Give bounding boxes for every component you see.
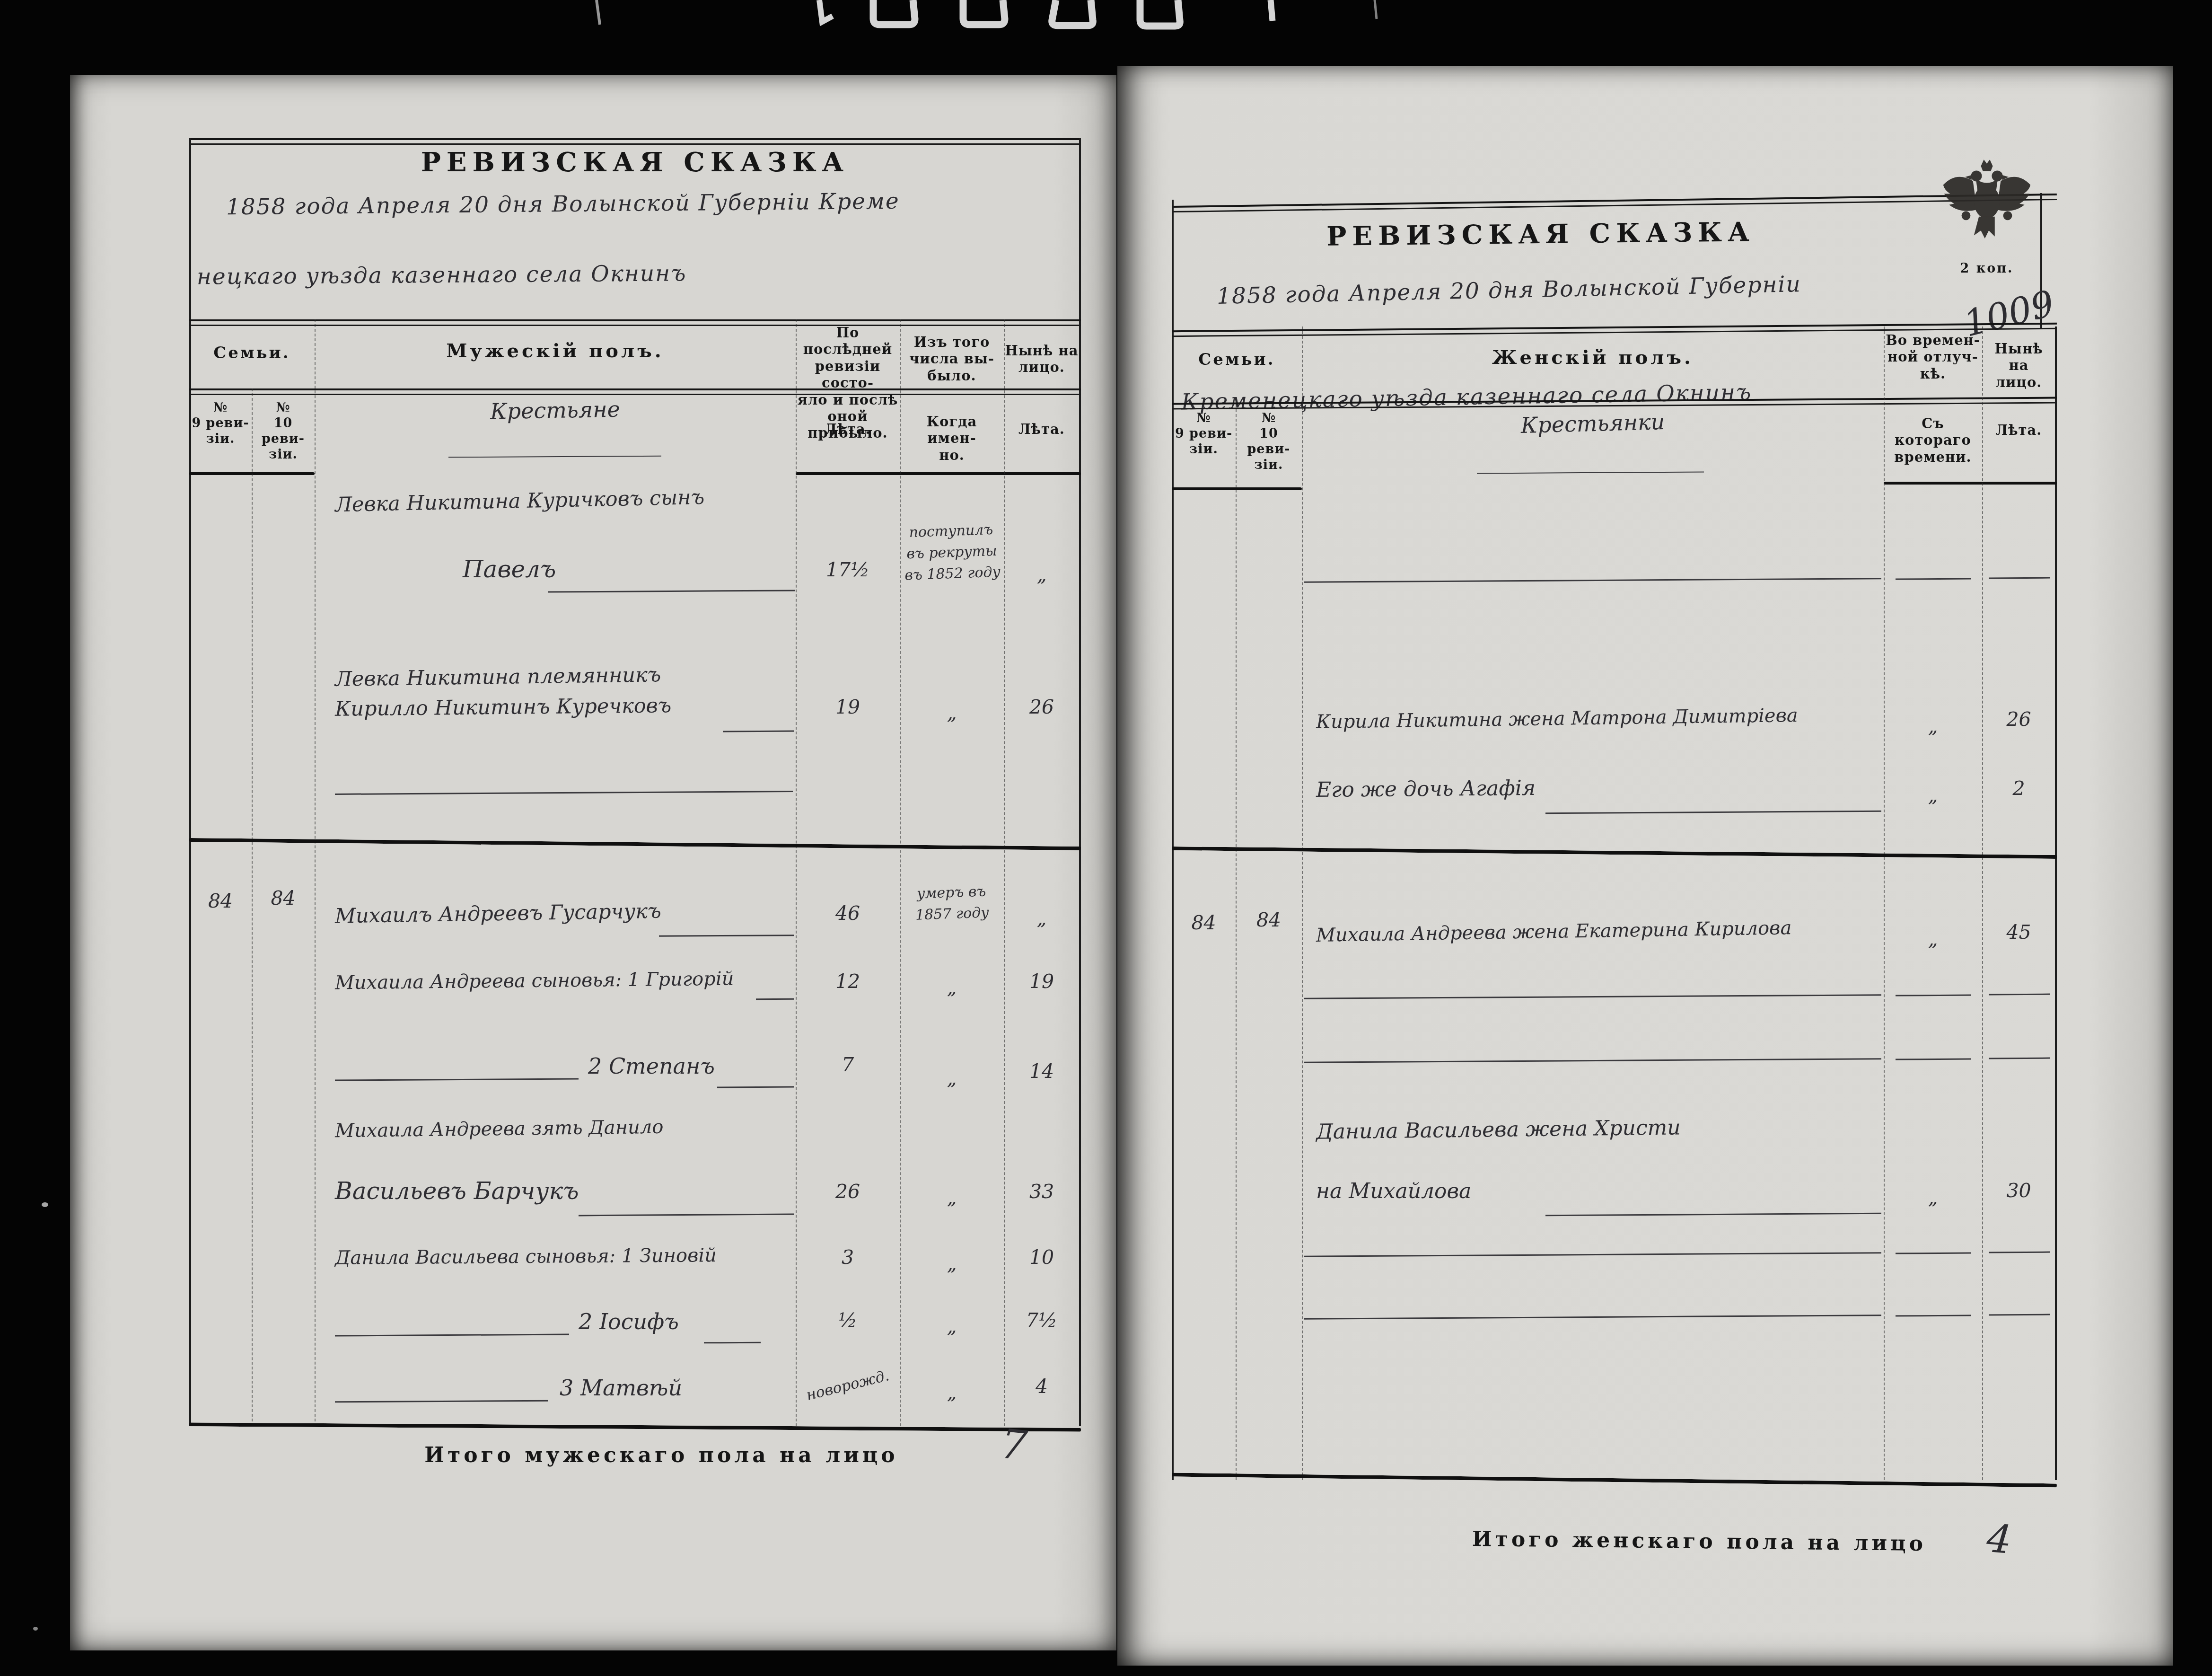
table-bottom-rule (189, 1422, 1081, 1432)
film-frame-digits-icon (0, 0, 2212, 33)
entry-age-prev: 7 (796, 1053, 900, 1076)
entry-away-note: „ (1884, 785, 1982, 806)
entry-departed-note: „ (900, 1315, 1004, 1337)
col-now-header: Нынѣ на лицо. (1982, 341, 2055, 391)
entry-age-prev: 12 (796, 970, 900, 993)
column-line (1236, 400, 1237, 1480)
entry-underline (1545, 811, 1881, 814)
entry-name: Левка Никитина Куричковъ сынъ (335, 485, 705, 517)
entry-age-prev: 19 (796, 696, 900, 718)
blank-entry-underline (1896, 995, 1971, 997)
entry-away-note: „ (1884, 928, 1982, 950)
entry-departed-note: „ (900, 1253, 1004, 1275)
entry-age-now: 4 (1004, 1375, 1080, 1398)
estate-class-flourish (448, 456, 661, 458)
household-divider (189, 838, 1081, 850)
family-number-10th: 84 (252, 887, 315, 909)
blank-entry-underline (1304, 1058, 1881, 1063)
male-total-label: Итого мужескаго пола на лицо (373, 1443, 950, 1467)
col-sex-header: Мужескій полъ. (315, 340, 796, 362)
entry-underline (579, 1214, 794, 1217)
entry-age-now: 7½ (1004, 1309, 1080, 1332)
page-title: РЕВИЗСКАЯ СКАЗКА (1172, 215, 1910, 254)
entry-age-prev: 46 (796, 902, 900, 925)
entry-name: 3 Матвѣй (560, 1375, 682, 1401)
blank-entry-underline (1989, 1314, 2050, 1316)
table-header-bottom-rule (796, 472, 1081, 475)
entry-departed-note: „ (900, 1067, 1004, 1089)
left-page: РЕВИЗСКАЯ СКАЗКА 1858 года Апреля 20 дня… (70, 75, 1116, 1650)
entry-name: Михаила Андреева жена Екатерина Кирилова (1316, 917, 1792, 946)
entry-age-now: 26 (1004, 696, 1080, 718)
entry-age-now: 45 (1982, 921, 2055, 944)
col-departed-header: Изъ того числа вы- было. (900, 334, 1004, 384)
column-line (1302, 326, 1303, 1480)
header-box-top-rule (1172, 194, 2057, 212)
entry-underline (717, 1086, 794, 1088)
entry-departed-note: поступилъ въ рекруты въ 1852 году (899, 519, 1005, 586)
form-left-border (189, 138, 191, 1426)
entry-departed-note: умеръ въ 1857 году (899, 880, 1004, 926)
entry-away-note: „ (1884, 1187, 1982, 1208)
header-place-line: нецкаго уѣзда казеннаго села Окнинъ (197, 260, 687, 290)
entry-underline (723, 731, 794, 732)
entry-name: Павелъ (463, 556, 556, 583)
blank-entry-underline (1896, 1315, 1971, 1317)
entry-age-now: 10 (1004, 1246, 1080, 1269)
entry-underline (704, 1342, 761, 1344)
page-title: РЕВИЗСКАЯ СКАЗКА (189, 147, 1081, 178)
blank-entry-underline (335, 791, 793, 795)
entry-age-now: 33 (1004, 1180, 1080, 1203)
blank-entry-underline (1896, 1059, 1971, 1060)
column-line (1982, 326, 1983, 1480)
estate-class-handwritten: Крестьяне (315, 393, 796, 427)
blank-entry-underline (1304, 994, 1881, 999)
entry-name: Михаила Андреева зять Данило (335, 1116, 664, 1142)
imperial-eagle-icon (1937, 156, 2036, 260)
col-sex-header: Женскій полъ. (1302, 346, 1884, 369)
col-departed-sub: Когда имен- но. (900, 414, 1004, 464)
entry-age-now: 26 (1982, 708, 2055, 731)
right-page: РЕВИЗСКАЯ СКАЗКА 1858 года Апреля 20 дня… (1117, 66, 2173, 1666)
microfilm-scan: РЕВИЗСКАЯ СКАЗКА 1858 года Апреля 20 дня… (0, 0, 2212, 1676)
blank-entry-underline (1989, 1058, 2050, 1059)
lead-underline (335, 1400, 548, 1403)
family-number-10th: 84 (1236, 909, 1302, 931)
entry-departed-note: „ (900, 977, 1004, 998)
entry-age-now: „ (1004, 564, 1080, 586)
entry-name: Кирилло Никитинъ Куречковъ (335, 694, 672, 721)
table-header-bottom-rule (1172, 487, 1302, 490)
entry-departed-note: „ (900, 1187, 1004, 1208)
entry-age-now: 19 (1004, 970, 1080, 993)
entry-name: 2 Іосифъ (579, 1309, 679, 1334)
col-now-header: Нынѣ на лицо. (1004, 343, 1080, 376)
col-now-sub: Лѣта. (1982, 422, 2055, 438)
entry-name: на Михайлова (1316, 1179, 1471, 1203)
entry-name: Михаилъ Андреевъ Гусарчукъ (335, 900, 661, 928)
blank-entry-underline (1896, 578, 1971, 580)
form-left-border (1172, 200, 1174, 1480)
entry-away-note: „ (1884, 715, 1982, 737)
col-rev10-subheader: № 10 реви- зіи. (252, 400, 315, 463)
entry-departed-note: „ (900, 1382, 1004, 1403)
female-total-label: Итого женскаго пола на лицо (1411, 1526, 1988, 1557)
col-rev9-subheader: № 9 реви- зіи. (189, 400, 252, 447)
film-speck (42, 1202, 48, 1207)
entry-name: 2 Степанъ (588, 1053, 715, 1079)
column-line (1884, 326, 1885, 1480)
entry-age-prev: 17½ (796, 558, 900, 581)
female-total-value: 4 (1985, 1516, 2013, 1563)
col-rev9-subheader: № 9 реви- зіи. (1172, 411, 1236, 458)
entry-age-prev: ½ (796, 1309, 900, 1332)
table-header-mid-rule (189, 388, 1081, 395)
entry-name: Данила Васильева жена Христи (1316, 1115, 1681, 1144)
header-date-line: 1858 года Апреля 20 дня Волынской Губерн… (226, 188, 900, 220)
entry-name: Левка Никитина племянникъ (335, 663, 661, 691)
blank-entry-underline (1304, 1252, 1881, 1257)
estate-class-flourish (1477, 472, 1704, 474)
lead-underline (335, 1333, 569, 1336)
col-away-sub: Съ котораго времени. (1884, 415, 1982, 466)
film-speck (33, 1627, 38, 1631)
entry-underline (659, 935, 794, 937)
entry-name: Кирила Никитина жена Матрона Димитріева (1316, 705, 1798, 733)
form-right-border (2055, 326, 2057, 1480)
entry-age-prev: 3 (796, 1246, 900, 1269)
column-line (315, 319, 316, 1426)
entry-underline (548, 590, 795, 592)
entry-name: Михаила Андреева сыновья: 1 Григорій (335, 968, 734, 994)
entry-name: Васильевъ Барчукъ (335, 1177, 579, 1205)
col-family-header: Семьи. (1172, 350, 1302, 369)
entry-age-prev: новорожд. (795, 1365, 900, 1406)
entry-name: Данила Васильева сыновья: 1 Зиновій (335, 1244, 717, 1269)
blank-entry-underline (1989, 994, 2050, 996)
blank-entry-underline (1304, 578, 1881, 582)
entry-age-now: 14 (1004, 1060, 1080, 1083)
entry-underline (1545, 1213, 1881, 1216)
entry-underline (756, 998, 794, 1000)
table-top-rule (189, 319, 1081, 326)
blank-entry-underline (1304, 1314, 1881, 1319)
table-header-bottom-rule (1884, 482, 2057, 485)
blank-entry-underline (1989, 577, 2050, 579)
family-number-9th: 84 (189, 890, 252, 912)
col-family-header: Семьи. (189, 344, 315, 362)
entry-name: Его же дочь Агафія (1316, 776, 1536, 802)
entry-age-now: „ (1004, 908, 1080, 929)
form-right-border (1079, 138, 1081, 1426)
male-total-value: 7 (999, 1420, 1029, 1470)
col-away-header: Во времен- ной отлуч- кѣ. (1884, 332, 1982, 382)
header-date-line: 1858 года Апреля 20 дня Волынской Губерн… (1217, 271, 1802, 309)
col-lastrev-sub: Лѣта. (796, 421, 900, 437)
lead-underline (335, 1078, 579, 1081)
stamp-value: 2 коп. (1937, 261, 2036, 276)
header-box-top-rule (189, 138, 1081, 145)
col-now-sub: Лѣта. (1004, 421, 1080, 437)
family-number-9th: 84 (1172, 911, 1236, 934)
table-bottom-rule (1172, 1473, 2057, 1488)
col-rev10-subheader: № 10 реви- зіи. (1236, 411, 1302, 473)
blank-entry-underline (1896, 1253, 1971, 1254)
entry-departed-note: „ (900, 702, 1004, 724)
entry-age-now: 2 (1982, 777, 2055, 800)
entry-age-prev: 26 (796, 1180, 900, 1203)
household-divider (1172, 847, 2057, 859)
blank-entry-underline (1989, 1252, 2050, 1253)
entry-age-now: 30 (1982, 1179, 2055, 1202)
